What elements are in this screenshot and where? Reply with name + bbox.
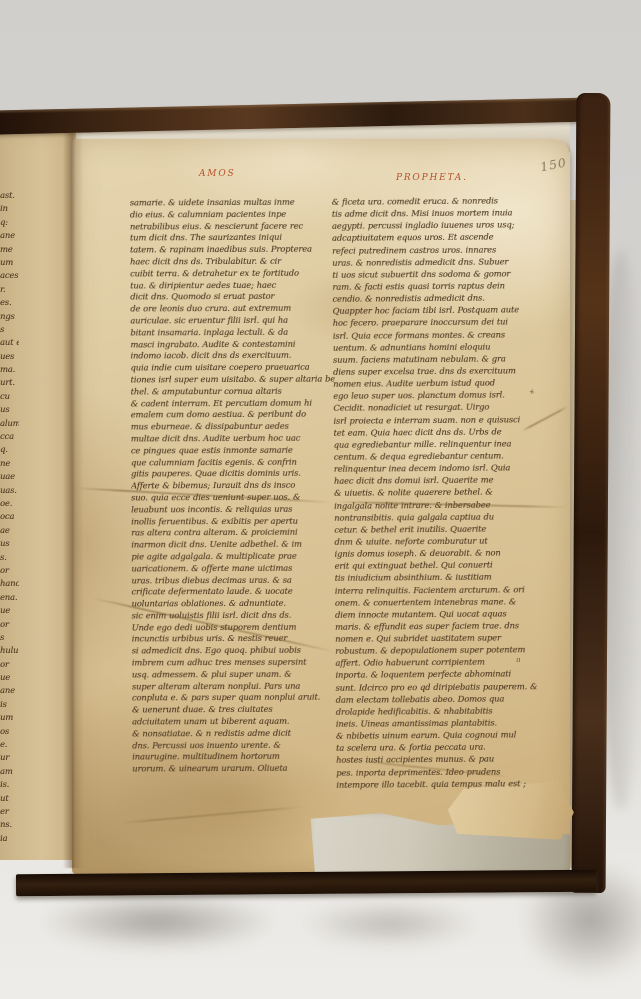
clipped-line-fragment: hulum xyxy=(0,645,19,658)
gutter-shadow xyxy=(63,132,83,868)
clipped-line-fragment: es. xyxy=(0,297,19,310)
clipped-line-fragment: ne xyxy=(0,458,19,471)
facing-page-line-fragments: ast.inq:anemeumacesr.es.ngssaut euesma.u… xyxy=(0,190,19,852)
clipped-line-fragment: uae xyxy=(0,471,19,484)
clipped-line-fragment: ia xyxy=(0,833,19,846)
manuscript-text-line: conpluta e. & pars super quam nonplui ar… xyxy=(132,692,336,705)
clipped-line-fragment: os xyxy=(0,726,19,739)
text-column-right: & ficeta ura. comedit eruca. & nonredist… xyxy=(332,195,539,793)
running-title-propheta: PROPHETA. xyxy=(396,173,468,183)
manuscript-text-line: gitis pauperes. Quae dicitis dominis uri… xyxy=(131,468,335,481)
clipped-line-fragment: um xyxy=(0,712,19,725)
manuscript-text-line: super alteram alteram nonplui. Pars una xyxy=(132,680,336,693)
cast-shadow-bottom-left xyxy=(38,893,278,951)
clipped-line-fragment: aces xyxy=(0,270,19,283)
manuscript-text-line: que calumniam facitis egenis. & confrin xyxy=(131,456,335,469)
clipped-line-fragment: oca xyxy=(0,511,19,524)
manuscript-text-line: bitant insamaria. inplaga lectuli. & da xyxy=(130,326,334,339)
clipped-line-fragment: s xyxy=(0,632,19,645)
text-column-left: samarie. & uidete insanias multas inmedi… xyxy=(130,197,337,778)
manuscript-text-line: uaricationem. & offerte mane uictimas xyxy=(131,562,335,575)
manuscript-text-line: indomo iacob. dicit dns ds exercituum. xyxy=(130,350,334,363)
clipped-line-fragment: cca xyxy=(0,431,19,444)
cast-shadow-bottom-center xyxy=(300,900,480,948)
clipped-line-fragment: aut e xyxy=(0,337,19,350)
clipped-line-fragment: or xyxy=(0,659,19,672)
manuscript-text-line: adciuitatem unam ut biberent aquam. xyxy=(132,716,336,729)
clipped-line-fragment: in xyxy=(0,203,19,216)
clipped-line-fragment: ue xyxy=(0,672,19,685)
leather-cover-bottom xyxy=(16,870,596,897)
manuscript-text-line: auriculae. sic eruentur filii isrl. qui … xyxy=(130,315,334,328)
clipped-line-fragment: is xyxy=(0,699,19,712)
clipped-line-fragment: ma. xyxy=(0,364,19,377)
clipped-line-fragment: ane xyxy=(0,230,19,243)
manuscript-text-line: de ore leonis duo crura. aut extremum xyxy=(130,303,334,316)
clipped-line-fragment: us xyxy=(0,538,19,551)
manuscript-text-line: samarie. & uidete insanias multas inme xyxy=(130,197,334,210)
manuscript-text-line: dns. Percussi uos inuento urente. & xyxy=(132,739,336,752)
clipped-line-fragment: er xyxy=(0,806,19,819)
manuscript-text-line: uras. tribus diebus decimas uras. & sa xyxy=(131,574,335,587)
manuscript-text-line: dio eius. & calumniam pacientes inpe xyxy=(130,208,334,221)
manuscript-text-line: & cadent interram. Et percutiam domum hi xyxy=(131,397,335,410)
manuscript-text-line: cuibit terra. & detrahetur ex te fortitu… xyxy=(130,267,334,280)
clipped-line-fragment: alum xyxy=(0,418,19,431)
clipped-line-fragment: s xyxy=(0,324,19,337)
manuscript-text-line: emalem cum domo aestiua. & peribunt do xyxy=(131,409,335,422)
clipped-line-fragment: q. xyxy=(0,444,19,457)
manuscript-text-line: usq. admessem. & plui super unam. & xyxy=(132,668,336,681)
clipped-line-fragment: oe. xyxy=(0,498,19,511)
clipped-line-fragment: cu xyxy=(0,391,19,404)
manuscript-text-line: leuabunt uos incontis. & reliquias uras xyxy=(131,503,335,516)
manuscript-text-line: haec dicit dns ds. Tribulabitur. & cir xyxy=(130,256,334,269)
manuscript-text-line: tum dicit dns. The saurizantes iniqui xyxy=(130,232,334,245)
manuscript-text-line: intempore illo tacebit. quia tempus malu… xyxy=(336,778,538,792)
clipped-line-fragment: us xyxy=(0,404,19,417)
clipped-line-fragment: ane xyxy=(0,685,19,698)
manuscript-text-line: inarmon dicit dns. Uenite adbethel. & im xyxy=(131,539,335,552)
manuscript-text-line: inaurugine. multitudinem hortorum xyxy=(132,751,336,764)
manuscript-text-line: multae dicit dns. Audite uerbum hoc uac xyxy=(131,432,335,445)
manuscript-text-line: crificate defermentato laude. & uocate xyxy=(131,586,335,599)
clipped-line-fragment: ena. xyxy=(0,592,19,605)
manuscript-text-line: tiones isrl super eum uisitabo. & super … xyxy=(131,374,335,387)
clipped-line-fragment: ns. xyxy=(0,819,19,832)
manuscript-text-line: mus eburneae. & dissipabuntur aedes xyxy=(131,421,335,434)
manuscript-text-line: tua. & diripientur aedes tuae; haec xyxy=(130,279,334,292)
clipped-line-fragment: urt. xyxy=(0,377,19,390)
manuscript-text-line: tatem. & rapinam inaedibus suis. Propter… xyxy=(130,244,334,257)
manuscript-text-line: & nonsatiatae. & n redistis adme dicit xyxy=(132,727,336,740)
clipped-line-fragment: uas. xyxy=(0,485,19,498)
manuscript-text-line: quia indie cum uisitare coepero praeuari… xyxy=(130,362,334,375)
clipped-line-fragment: s. xyxy=(0,552,19,565)
clipped-line-fragment: me xyxy=(0,244,19,257)
manuscript-text-line: masci ingrabato. Audite & contestamini xyxy=(130,338,334,351)
clipped-line-fragment: or xyxy=(0,565,19,578)
manuscript-text-line: Afferte & bibemus; Iurauit dns ds insco xyxy=(131,480,335,493)
clipped-line-fragment: e. xyxy=(0,739,19,752)
clipped-line-fragment: am xyxy=(0,766,19,779)
clipped-line-fragment: r. xyxy=(0,284,19,297)
running-title-amos: AMOS xyxy=(199,169,235,179)
clipped-line-fragment: ngs xyxy=(0,311,19,324)
manuscript-text-line: netrabilibus eius. & nescierunt facere r… xyxy=(130,220,334,233)
clipped-line-fragment: ur xyxy=(0,752,19,765)
manuscript-photo: AMOS PROPHETA. 150 + ıı samarie. & uidet… xyxy=(0,0,641,999)
clipped-line-fragment: ue xyxy=(0,605,19,618)
manuscript-text-line: imbrem cum adhuc tres menses supersint xyxy=(132,657,336,670)
manuscript-text-line: sic enim uoluistis filii isrl. dicit dns… xyxy=(132,609,336,622)
manuscript-text-line: urorum. & uinearum urarum. Oliueta xyxy=(132,763,336,776)
manuscript-text-line: thel. & amputabuntur cornua altaris xyxy=(131,385,335,398)
manuscript-text-line: ce pingues quae estis inmonte samarie xyxy=(131,444,335,457)
clipped-line-fragment: is. xyxy=(0,779,19,792)
clipped-line-fragment: or xyxy=(0,619,19,632)
clipped-line-fragment: ues xyxy=(0,351,19,364)
clipped-line-fragment: ut xyxy=(0,793,19,806)
manuscript-text-line: si admedicit dns. Ego quoq. phibui uobis xyxy=(132,645,336,658)
clipped-line-fragment: ae xyxy=(0,525,19,538)
leather-cover-right xyxy=(572,93,611,893)
manuscript-text-line: & uenerunt duae. & tres ciuitates xyxy=(132,704,336,717)
manuscript-text-line: dicit dns. Quomodo si eruat pastor xyxy=(130,291,334,304)
manuscript-text-line: uoluntarias oblationes. & adnuntiate. xyxy=(131,598,335,611)
clipped-line-fragment: q: xyxy=(0,217,19,230)
manuscript-text-line: ras altera contra alteram. & proiciemini xyxy=(131,527,335,540)
clipped-line-fragment: um xyxy=(0,257,19,270)
clipped-line-fragment: ast. xyxy=(0,190,19,203)
clipped-line-fragment: hanc. xyxy=(0,578,19,591)
manuscript-text-line: inollis feruentibus. & exibitis per aper… xyxy=(131,515,335,528)
manuscript-text-line: pie agite adgalgala. & multiplicate prae xyxy=(131,550,335,563)
